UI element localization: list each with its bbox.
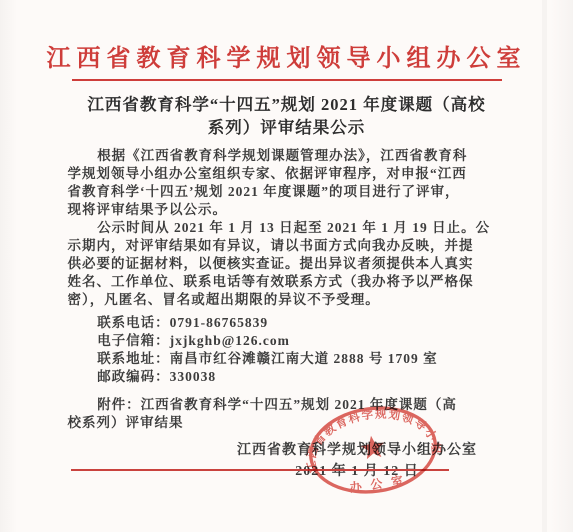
contact-email: 电子信箱：jxjkghb@126.com — [68, 332, 506, 350]
paragraph-objection-line: 示期内，对评审结果如有异议，请以书面方式向我办反映，并提 — [68, 237, 506, 255]
attachment-line-2: 校系列）评审结果 — [68, 414, 506, 432]
contact-block: 联系电话：0791-86765839 电子信箱：jxjkghb@126.com … — [68, 314, 506, 386]
paragraph-basis-line: 省教育科学‘十四五’规划 2021 年度课题”的项目进行了评审， — [68, 183, 506, 201]
contact-address: 联系地址：南昌市红谷滩赣江南大道 2888 号 1709 室 — [68, 350, 506, 368]
paragraph-objection-line: 姓名、工作单位、联系电话等有效联系方式（我办将予以严格保 — [68, 273, 506, 291]
paragraph-basis: 根据《江西省教育科学规划课题管理办法》，江西省教育科 学规划领导小组办公室组织专… — [68, 147, 506, 219]
contact-postcode: 邮政编码：330038 — [68, 368, 506, 386]
notice-title: 江西省教育科学“十四五”规划 2021 年度课题（高校 系列）评审结果公示 — [0, 93, 573, 139]
signature-date: 2021 年 1 月 12 日 — [237, 461, 477, 482]
bottom-divider — [71, 469, 449, 471]
paragraph-basis-line: 现将评审结果予以公示。 — [68, 201, 506, 219]
paragraph-basis-line: 学规划领导小组办公室组织专家、依据评审程序，对申报“江西 — [68, 165, 506, 183]
document-page: 江西省教育科学规划领导小组办公室 江西省教育科学“十四五”规划 2021 年度课… — [0, 0, 573, 532]
paragraph-objection-rules: 公示时间从 2021 年 1 月 13 日起至 2021 年 1 月 19 日止… — [68, 219, 506, 309]
paragraph-objection-line: 公示时间从 2021 年 1 月 13 日起至 2021 年 1 月 19 日止… — [68, 219, 506, 237]
notice-title-line-2: 系列）评审结果公示 — [0, 116, 573, 139]
org-header-title: 江西省教育科学规划领导小组办公室 — [0, 0, 573, 73]
paragraph-objection-line: 供必要的证据材料，以便核实查证。提出异议者须提供本人真实 — [68, 255, 506, 273]
header-divider — [72, 79, 502, 81]
attachment-note: 附件：江西省教育科学“十四五”规划 2021 年度课题（高 校系列）评审结果 — [68, 396, 506, 432]
paragraph-basis-line: 根据《江西省教育科学规划课题管理办法》，江西省教育科 — [68, 147, 506, 165]
scan-artifact — [542, 0, 547, 532]
notice-title-line-1: 江西省教育科学“十四五”规划 2021 年度课题（高校 — [0, 93, 573, 116]
paragraph-objection-line: 密），凡匿名、冒名或超出期限的异议不予受理。 — [68, 291, 506, 309]
signature-block: 江西省教育科学规划领导小组办公室 2021 年 1 月 12 日 — [237, 440, 477, 482]
signature-org: 江西省教育科学规划领导小组办公室 — [237, 440, 477, 461]
attachment-line-1: 附件：江西省教育科学“十四五”规划 2021 年度课题（高 — [68, 396, 506, 414]
contact-phone: 联系电话：0791-86765839 — [68, 314, 506, 332]
